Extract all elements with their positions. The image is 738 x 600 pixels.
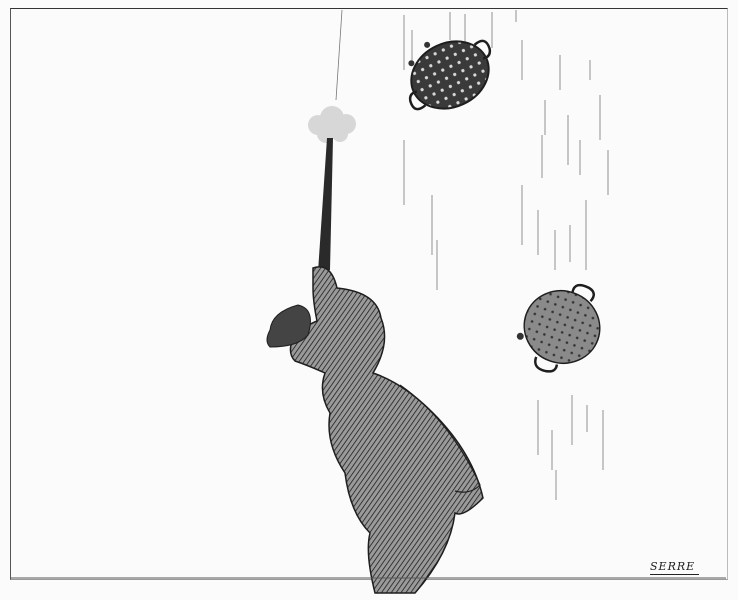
hunter-figure [267,267,483,593]
muzzle-smoke [308,106,356,143]
colander-top [390,19,506,124]
colander-bottom [509,270,614,384]
illustration [0,0,738,600]
artist-signature: SERRE [650,560,699,575]
rifle [318,138,333,272]
